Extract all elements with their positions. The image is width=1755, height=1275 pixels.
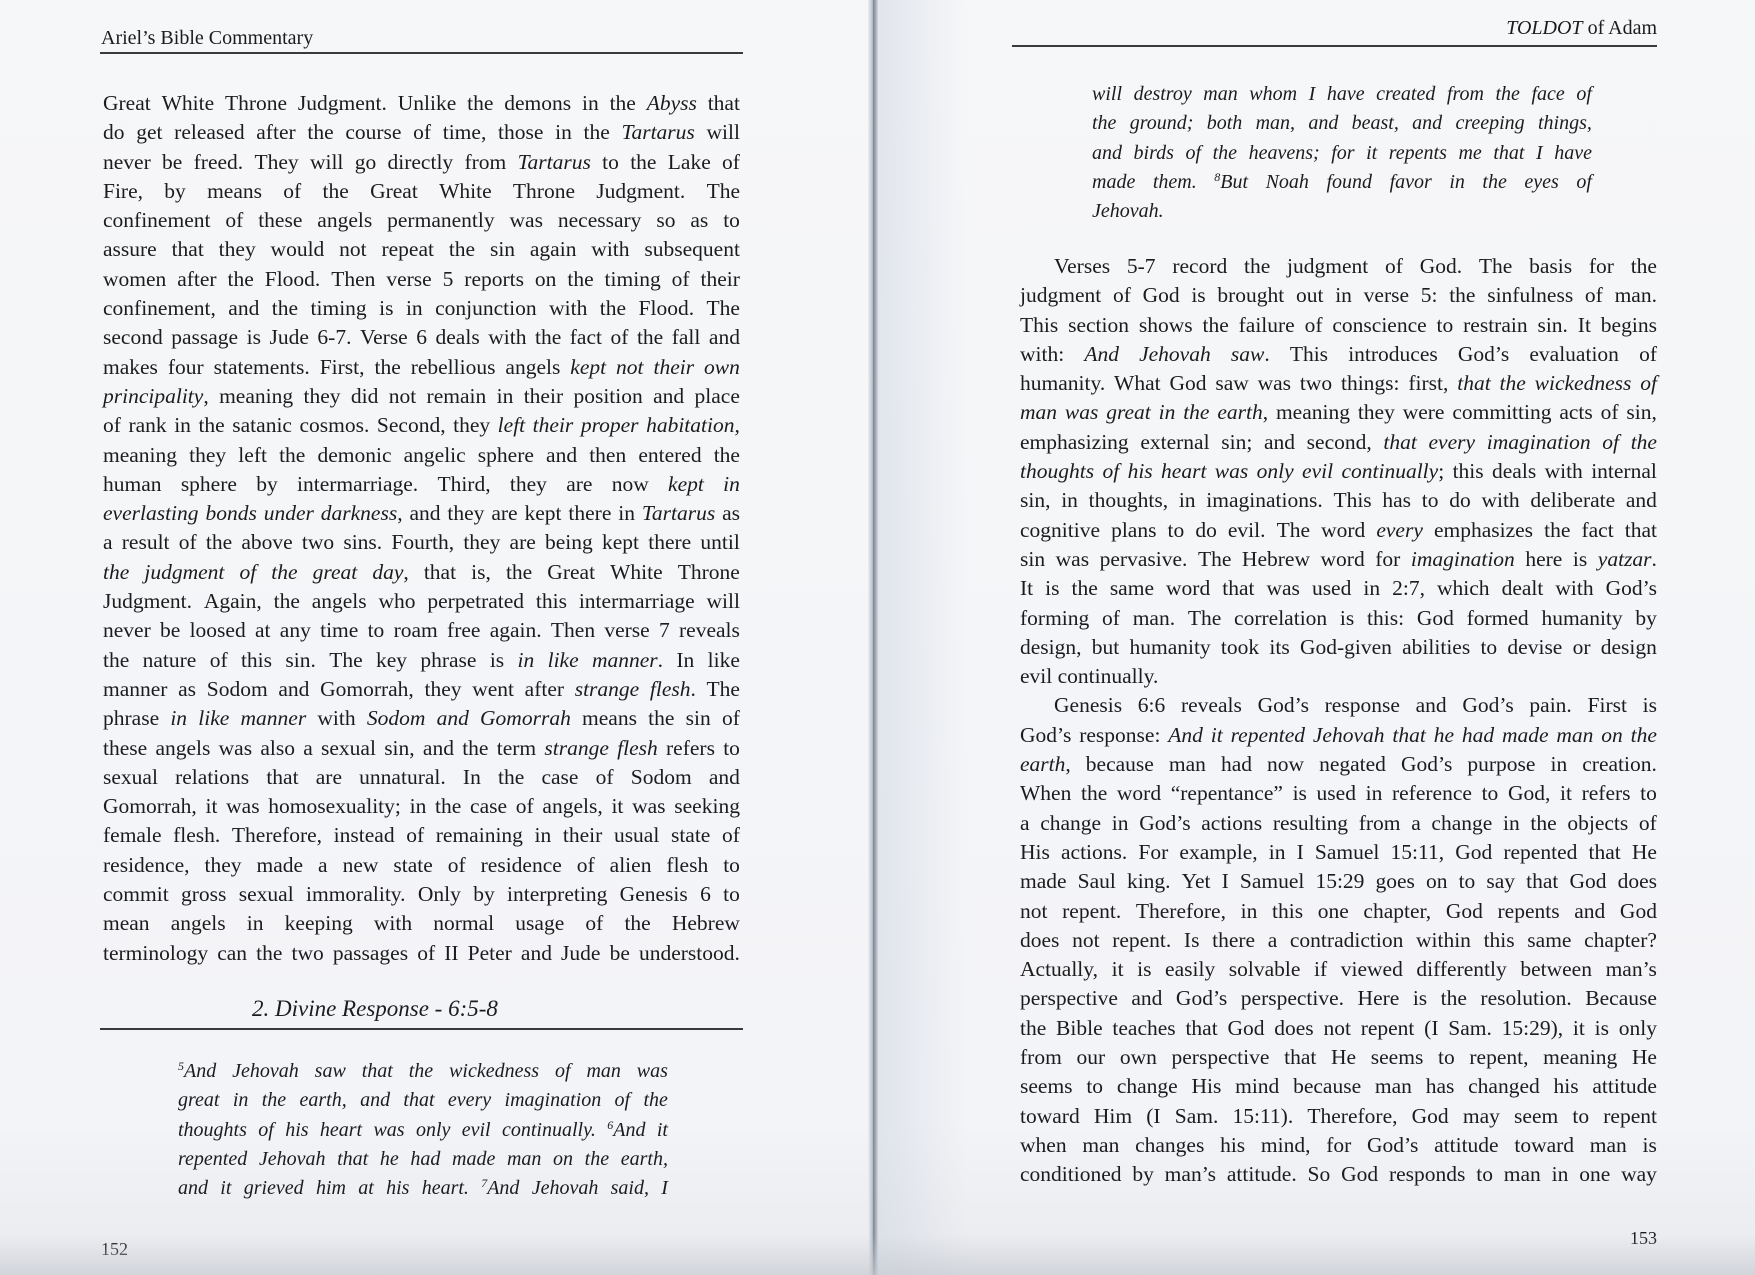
word: and	[653, 382, 684, 411]
word: he	[1434, 721, 1454, 750]
word: get	[136, 118, 162, 147]
word: sphere	[478, 441, 534, 470]
word: this	[1272, 897, 1303, 926]
word: residence,	[103, 851, 190, 880]
word: statements.	[214, 353, 310, 382]
word: by	[256, 470, 278, 499]
word: there	[648, 528, 691, 557]
body-line: Fire,bymeansoftheGreatWhiteThroneJudgmen…	[103, 177, 740, 206]
word: negated	[1319, 750, 1386, 779]
word: and	[1308, 109, 1338, 138]
word: case	[470, 792, 507, 821]
word: Tartarus	[621, 118, 694, 147]
word: What	[1114, 369, 1161, 398]
section-heading-rule	[100, 1028, 743, 1030]
word: plans	[1111, 516, 1156, 545]
word: with	[374, 909, 412, 938]
word: attitude	[1592, 1072, 1656, 1101]
word: of	[555, 1057, 571, 1086]
word: are	[566, 470, 592, 499]
body-line: doesnotrepent.Isthereacontradictionwithi…	[1020, 926, 1657, 955]
word: be	[162, 148, 182, 177]
word: again	[530, 235, 577, 264]
word: that	[362, 1057, 393, 1086]
word: the	[1213, 139, 1237, 168]
word: devise	[1507, 633, 1562, 662]
body-line: aresultoftheabovetwosins.Fourth,theyareb…	[103, 528, 740, 557]
word: 5And	[178, 1057, 216, 1086]
word: the	[307, 118, 333, 147]
body-line: confinement,andthetimingisinconjunctionw…	[103, 294, 740, 323]
word: as	[178, 675, 196, 704]
word: was	[632, 792, 665, 821]
body-line: secondpassageisJude6-7.Verse6dealswithth…	[103, 323, 740, 352]
word: do	[1195, 516, 1217, 545]
word: the	[1244, 252, 1270, 281]
word: 15:11,	[1391, 838, 1445, 867]
word: made	[452, 1145, 495, 1174]
word: way	[1621, 1160, 1657, 1189]
word: them.	[1153, 168, 1197, 197]
body-line: notrepent.Therefore,inthisonechapter,God…	[1020, 897, 1657, 926]
word: of	[1601, 398, 1619, 427]
word: Judgment.	[298, 89, 387, 118]
word: the	[1441, 984, 1467, 1013]
word: resolution.	[1480, 984, 1571, 1013]
word: usual	[614, 821, 659, 850]
word: repent,	[1469, 1043, 1528, 1072]
word: Noah	[1266, 168, 1309, 197]
word: man	[1375, 1072, 1412, 1101]
word: to	[1482, 779, 1499, 808]
word: Gomorrah	[480, 704, 571, 733]
word: to	[1086, 1072, 1103, 1101]
word: in	[1269, 838, 1286, 867]
word: that	[1493, 139, 1524, 168]
word: 8But	[1214, 168, 1248, 197]
word: in	[1061, 486, 1078, 515]
word: in	[233, 1086, 249, 1115]
word: in	[1552, 1160, 1569, 1189]
word: with	[591, 235, 629, 264]
word: correlation	[1234, 604, 1327, 633]
word: timing	[605, 265, 661, 294]
word: in	[1335, 281, 1352, 310]
body-line: sin,inthoughts,inimaginations.Thishastod…	[1020, 486, 1657, 515]
body-line: Hisactions.Forexample,inISamuel15:11,God…	[1020, 838, 1657, 867]
word: that	[172, 235, 204, 264]
word: to	[1422, 486, 1439, 515]
word: to	[1168, 516, 1185, 545]
word: it	[1560, 779, 1572, 808]
body-line: Genesis6:6revealsGod’sresponseandGod’spa…	[1020, 691, 1657, 720]
word: was	[1215, 457, 1248, 486]
word: on	[535, 265, 557, 294]
word: with	[317, 704, 355, 733]
body-line: sinwaspervasive.TheHebrewwordforimaginat…	[1020, 545, 1657, 574]
word: imagination	[1411, 545, 1515, 574]
word: in	[1363, 574, 1380, 603]
word: does	[1020, 926, 1059, 955]
word: When	[1020, 779, 1071, 808]
word: but	[1092, 633, 1119, 662]
word: the	[535, 323, 561, 352]
word: great	[1106, 398, 1151, 427]
word: internal	[1591, 457, 1657, 486]
body-line: formingofman.Thecorrelationisthis:Godfor…	[1020, 604, 1657, 633]
word: mind	[1235, 1072, 1279, 1101]
word: imagination	[505, 1086, 602, 1115]
word: Tartarus	[518, 148, 591, 177]
word: of	[1576, 80, 1592, 109]
word: God’s	[1258, 691, 1309, 720]
word: I	[661, 1174, 668, 1203]
word: God	[1417, 604, 1454, 633]
word: had	[410, 1145, 440, 1174]
word: to	[1572, 1102, 1589, 1131]
word: the	[467, 89, 493, 118]
word: the	[262, 1086, 286, 1115]
word: their	[524, 382, 563, 411]
word: case	[541, 763, 578, 792]
word: God	[1455, 838, 1492, 867]
word: is	[247, 323, 261, 352]
word: Throne	[678, 558, 740, 587]
word: will	[310, 148, 343, 177]
word: seeking	[674, 792, 740, 821]
word: emphasizing	[1020, 428, 1129, 457]
word: repented	[178, 1145, 247, 1174]
word: the	[714, 441, 740, 470]
word: earth,	[621, 1145, 668, 1174]
word: are	[510, 528, 536, 557]
word: under	[264, 499, 314, 528]
word: dealt	[1502, 574, 1544, 603]
word: refers	[1582, 779, 1631, 808]
word: by	[1635, 604, 1657, 633]
word: record	[1172, 252, 1227, 281]
word: that	[1185, 1014, 1217, 1043]
word: to	[1438, 1043, 1455, 1072]
word: Jehovah	[532, 1174, 599, 1203]
word: a	[1411, 809, 1421, 838]
word: with	[1481, 486, 1519, 515]
word: that	[1589, 838, 1621, 867]
word: intermarriage	[579, 587, 695, 616]
scripture-line: thoughtsofhisheartwasonlyevilcontinually…	[178, 1116, 668, 1145]
body-line: womenaftertheFlood.Thenverse5reportsonth…	[103, 265, 740, 294]
word: of	[1576, 168, 1592, 197]
word: within	[1416, 926, 1471, 955]
word: because	[1086, 750, 1154, 779]
word: reveals	[679, 616, 740, 645]
word: to	[602, 148, 619, 177]
word: the	[272, 294, 298, 323]
word: repent	[1361, 1014, 1415, 1043]
word: emphasizes	[1434, 516, 1533, 545]
word: Flood.	[639, 294, 695, 323]
word: interpreting	[507, 880, 607, 909]
word: Gomorrah,	[103, 792, 197, 821]
word: God	[1412, 1102, 1449, 1131]
word: solvable	[1229, 955, 1301, 984]
word: in	[406, 294, 423, 323]
word: by	[1132, 1160, 1154, 1189]
word: Because	[1585, 984, 1657, 1013]
word: was	[1266, 574, 1299, 603]
word: sin;	[1221, 428, 1252, 457]
word: This	[1020, 311, 1058, 340]
word: it	[1366, 139, 1377, 168]
left-page: Ariel’s Bible Commentary GreatWhiteThron…	[0, 0, 874, 1275]
word: It	[1020, 574, 1033, 603]
word: in	[170, 704, 187, 733]
word: from	[1447, 80, 1484, 109]
word: relations	[175, 763, 249, 792]
word: Jehovah	[232, 1057, 299, 1086]
word: passage	[171, 323, 238, 352]
word: kept	[524, 499, 561, 528]
word: sin	[686, 704, 711, 733]
word: of	[722, 821, 740, 850]
word: responds	[1389, 1160, 1465, 1189]
word: usage	[515, 909, 564, 938]
word: the	[1020, 1014, 1046, 1043]
word: this	[1484, 926, 1515, 955]
word: changes	[1135, 1131, 1204, 1160]
word: the	[584, 118, 610, 147]
word: normal	[433, 909, 494, 938]
word: reference	[1392, 779, 1472, 808]
word: will	[706, 118, 739, 147]
word: 6:6	[1138, 691, 1165, 720]
word: of	[577, 851, 595, 880]
word: female	[103, 821, 162, 850]
word: for	[1375, 545, 1400, 574]
word: used	[1312, 574, 1351, 603]
word: God	[1227, 1014, 1264, 1043]
word: and	[1264, 428, 1295, 457]
scripture-line: 5AndJehovahsawthatthewickednessofmanwas	[178, 1057, 668, 1086]
book-gutter	[868, 0, 878, 1275]
word: they	[219, 235, 256, 264]
word: attitude	[1434, 1131, 1498, 1160]
body-line: theseangelswasalsoasexualsin,andtheterms…	[103, 734, 740, 763]
word: heart	[320, 1116, 362, 1145]
word: Jehovah	[1139, 340, 1211, 369]
word: easily	[1165, 955, 1215, 984]
word: went	[472, 675, 514, 704]
word: the	[1183, 398, 1209, 427]
word: satanic	[232, 411, 292, 440]
word: everlasting	[103, 499, 199, 528]
body-line: Gomorrah,itwashomosexuality;inthecaseofa…	[103, 792, 740, 821]
word: terminology	[103, 939, 208, 968]
word: of	[1102, 457, 1119, 486]
body-line: madeSaulking.YetISamuel15:29goesontosayt…	[1020, 867, 1657, 896]
word: “repentance”	[1171, 779, 1283, 808]
body-line: conditionedbyman’sattitude.SoGodresponds…	[1020, 1160, 1657, 1189]
word: Only	[418, 880, 461, 909]
body-line: thejudgmentofthegreatday,thatis,theGreat…	[103, 558, 740, 587]
word: man	[1020, 398, 1057, 427]
word: place	[695, 382, 740, 411]
word: thoughts	[178, 1116, 247, 1145]
word: abilities	[1402, 633, 1470, 662]
word: new	[343, 851, 379, 880]
word: who	[379, 587, 416, 616]
word: sexual	[239, 880, 294, 909]
word: the	[228, 265, 254, 294]
body-line: seemstochangeHismindbecausemanhaschanged…	[1020, 1072, 1657, 1101]
word: in	[497, 382, 514, 411]
word: in	[1179, 486, 1196, 515]
word: and	[228, 294, 259, 323]
word: imaginations.	[1206, 486, 1322, 515]
word: repented	[1231, 721, 1305, 750]
word: like	[708, 646, 740, 675]
word: rank	[128, 411, 166, 440]
word: loosed	[190, 616, 246, 645]
word: king.	[1127, 867, 1171, 896]
body-line: assurethattheywouldnotrepeatthesinagainw…	[103, 235, 740, 264]
body-line: makesfourstatements.First,therebelliousa…	[103, 353, 740, 382]
word: left	[498, 411, 525, 440]
word: word	[1321, 516, 1365, 545]
word: of	[722, 704, 740, 733]
word: time	[320, 616, 358, 645]
scripture-line: madethem.8ButNoahfoundfavorintheeyesof	[1092, 168, 1592, 197]
word: The	[1479, 252, 1512, 281]
word: sin,	[1020, 486, 1050, 515]
body-line: mannerasSodomandGomorrah,theywentafterst…	[103, 675, 740, 704]
word: are	[491, 499, 517, 528]
word: principality,	[103, 382, 209, 411]
text-run: Jehovah.	[1092, 200, 1164, 222]
word: alien	[610, 851, 652, 880]
word: cosmos.	[300, 411, 370, 440]
word: this	[536, 587, 567, 616]
word: was	[373, 1116, 404, 1145]
word: between	[1520, 955, 1592, 984]
word: Then	[551, 616, 595, 645]
word: creeping	[1455, 109, 1524, 138]
word: of	[1602, 428, 1619, 457]
word: say	[1486, 867, 1515, 896]
right-body-text: Verses5-7recordthejudgmentofGod.Thebasis…	[1020, 252, 1657, 1190]
gutter-shadow	[878, 0, 968, 1275]
word: (I	[1146, 1102, 1160, 1131]
word: man’s	[1606, 955, 1657, 984]
word: until	[700, 528, 739, 557]
word: after	[177, 265, 216, 294]
word: here	[1525, 545, 1562, 574]
word: from	[1020, 1043, 1062, 1072]
word: the	[103, 646, 129, 675]
word: only	[416, 1116, 450, 1145]
word: Second,	[377, 411, 446, 440]
running-head-rest: of Adam	[1583, 17, 1657, 39]
word: was	[637, 1057, 668, 1086]
word: God	[1143, 281, 1180, 310]
word: confinement,	[103, 294, 216, 323]
word: left	[238, 441, 267, 470]
word: is	[1643, 691, 1657, 720]
word: with	[488, 323, 526, 352]
word: heavens;	[1249, 139, 1320, 168]
word: Him	[1094, 1102, 1132, 1131]
scripture-line: Jehovah.	[1092, 197, 1592, 226]
word: homosexuality;	[268, 792, 401, 821]
word: Therefore,	[1307, 1102, 1397, 1131]
word: God	[1569, 867, 1606, 896]
word: seems	[1371, 1043, 1424, 1072]
word: evil	[1302, 457, 1333, 486]
word: for	[1331, 139, 1354, 168]
word: in	[1366, 779, 1383, 808]
word: directly	[388, 148, 454, 177]
word: has	[1382, 486, 1411, 515]
body-line: Judgment.Again,theangelswhoperpetratedth…	[103, 587, 740, 616]
word: Verses	[1054, 252, 1110, 281]
word: sin,	[1626, 398, 1656, 427]
word: humanity	[1129, 633, 1210, 662]
word: Judgment.	[596, 177, 685, 206]
word: In	[676, 646, 694, 675]
word: Tartarus	[642, 499, 715, 528]
word: shows	[1139, 311, 1193, 340]
word: deliberate	[1530, 486, 1615, 515]
word: The	[329, 646, 362, 675]
word: saw.	[1231, 340, 1270, 369]
word: in	[582, 89, 599, 118]
word: it	[611, 792, 623, 821]
word: of	[417, 939, 435, 968]
word: of	[1385, 252, 1403, 281]
word: so	[656, 206, 675, 235]
word: state	[671, 821, 710, 850]
word: understood.	[639, 939, 740, 968]
word: position	[573, 382, 642, 411]
word: God	[1341, 1160, 1378, 1189]
word: permanently	[387, 206, 494, 235]
word: they	[447, 499, 484, 528]
word: of	[413, 118, 431, 147]
word: on	[1426, 867, 1448, 896]
word: great	[313, 558, 358, 587]
word: God	[1169, 369, 1206, 398]
word: conscience	[1332, 311, 1426, 340]
word: these	[103, 734, 147, 763]
word: imagination	[1487, 428, 1591, 457]
word: cognitive	[1020, 516, 1100, 545]
word: meaning	[219, 382, 293, 411]
word: and	[709, 763, 740, 792]
word: of	[1305, 311, 1323, 340]
word: conjunction	[435, 294, 537, 323]
word: flesh.	[650, 675, 696, 704]
word: of	[611, 323, 629, 352]
word: kept	[668, 470, 704, 499]
word: judgment	[1287, 252, 1368, 281]
word: perspective.	[1241, 984, 1344, 1013]
word: are	[316, 763, 342, 792]
body-line: humanspherebyintermarriage.Third,theyare…	[103, 470, 740, 499]
word: on	[553, 1145, 573, 1174]
word: God	[1620, 897, 1657, 926]
word: verse	[386, 265, 431, 294]
word: entered	[638, 441, 701, 470]
